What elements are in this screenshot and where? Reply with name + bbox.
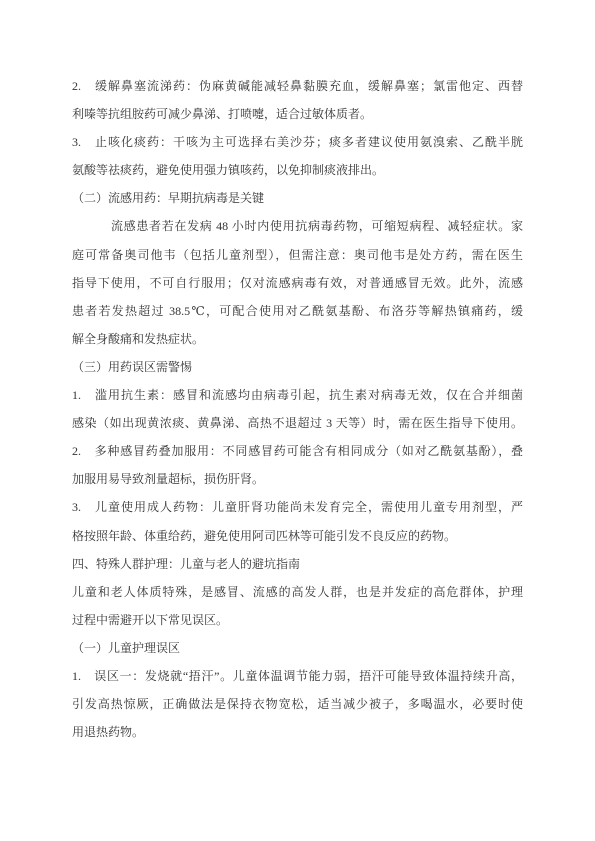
text-line: 流感患者若在发病 48 小时内使用抗病毒药物，可缩短病程、减轻症状。家 bbox=[72, 212, 523, 240]
text-line: 引发高热惊厥，正确做法是保持衣物宽松，适当减少被子，多喝温水，必要时使 bbox=[72, 690, 523, 718]
text-line: 利嗪等抗组胺药可减少鼻涕、打喷嚏，适合过敏体质者。 bbox=[72, 100, 523, 128]
text-line: 感染（如出现黄浓痰、黄鼻涕、高热不退超过 3 天等）时，需在医生指导下使用。 bbox=[72, 409, 523, 437]
text-line: 指导下使用，不可自行服用；仅对流感病毒有效，对普通感冒无效。此外，流感 bbox=[72, 269, 523, 297]
text-line: 3. 止咳化痰药：干咳为主可选择右美沙芬；痰多者建议使用氨溴索、乙酰半胱 bbox=[72, 128, 523, 156]
document-page: 2. 缓解鼻塞流涕药：伪麻黄碱能减轻鼻黏膜充血，缓解鼻塞；氯雷他定、西替利嗪等抗… bbox=[0, 0, 595, 841]
text-line: 2. 缓解鼻塞流涕药：伪麻黄碱能减轻鼻黏膜充血，缓解鼻塞；氯雷他定、西替 bbox=[72, 72, 523, 100]
text-line: 格按照年龄、体重给药，避免使用阿司匹林等可能引发不良反应的药物。 bbox=[72, 522, 523, 550]
text-line: 1. 误区一：发烧就“捂汗”。儿童体温调节能力弱，捂汗可能导致体温持续升高， bbox=[72, 662, 523, 690]
text-line: 加服用易导致剂量超标，损伤肝肾。 bbox=[72, 465, 523, 493]
text-line: 过程中需避开以下常见误区。 bbox=[72, 606, 523, 634]
text-line: 患者若发热超过 38.5℃，可配合使用对乙酰氨基酚、布洛芬等解热镇痛药，缓 bbox=[72, 297, 523, 325]
text-line: 解全身酸痛和发热症状。 bbox=[72, 325, 523, 353]
text-line: （二）流感用药：早期抗病毒是关键 bbox=[72, 184, 523, 212]
text-line: 3. 儿童使用成人药物：儿童肝肾功能尚未发育完全，需使用儿童专用剂型，严 bbox=[72, 493, 523, 521]
text-line: 庭可常备奥司他韦（包括儿童剂型），但需注意：奥司他韦是处方药，需在医生 bbox=[72, 241, 523, 269]
text-line: 四、特殊人群护理：儿童与老人的避坑指南 bbox=[72, 550, 523, 578]
text-line: 儿童和老人体质特殊，是感冒、流感的高发人群，也是并发症的高危群体，护理 bbox=[72, 578, 523, 606]
text-line: 氨酸等祛痰药，避免使用强力镇咳药，以免抑制痰液排出。 bbox=[72, 156, 523, 184]
text-line: 1. 滥用抗生素：感冒和流感均由病毒引起，抗生素对病毒无效，仅在合并细菌 bbox=[72, 381, 523, 409]
text-line: （三）用药误区需警惕 bbox=[72, 353, 523, 381]
text-line: 用退热药物。 bbox=[72, 718, 523, 746]
text-line: 2. 多种感冒药叠加服用：不同感冒药可能含有相同成分（如对乙酰氨基酚），叠 bbox=[72, 437, 523, 465]
document-content: 2. 缓解鼻塞流涕药：伪麻黄碱能减轻鼻黏膜充血，缓解鼻塞；氯雷他定、西替利嗪等抗… bbox=[72, 72, 523, 746]
text-line: （一）儿童护理误区 bbox=[72, 634, 523, 662]
